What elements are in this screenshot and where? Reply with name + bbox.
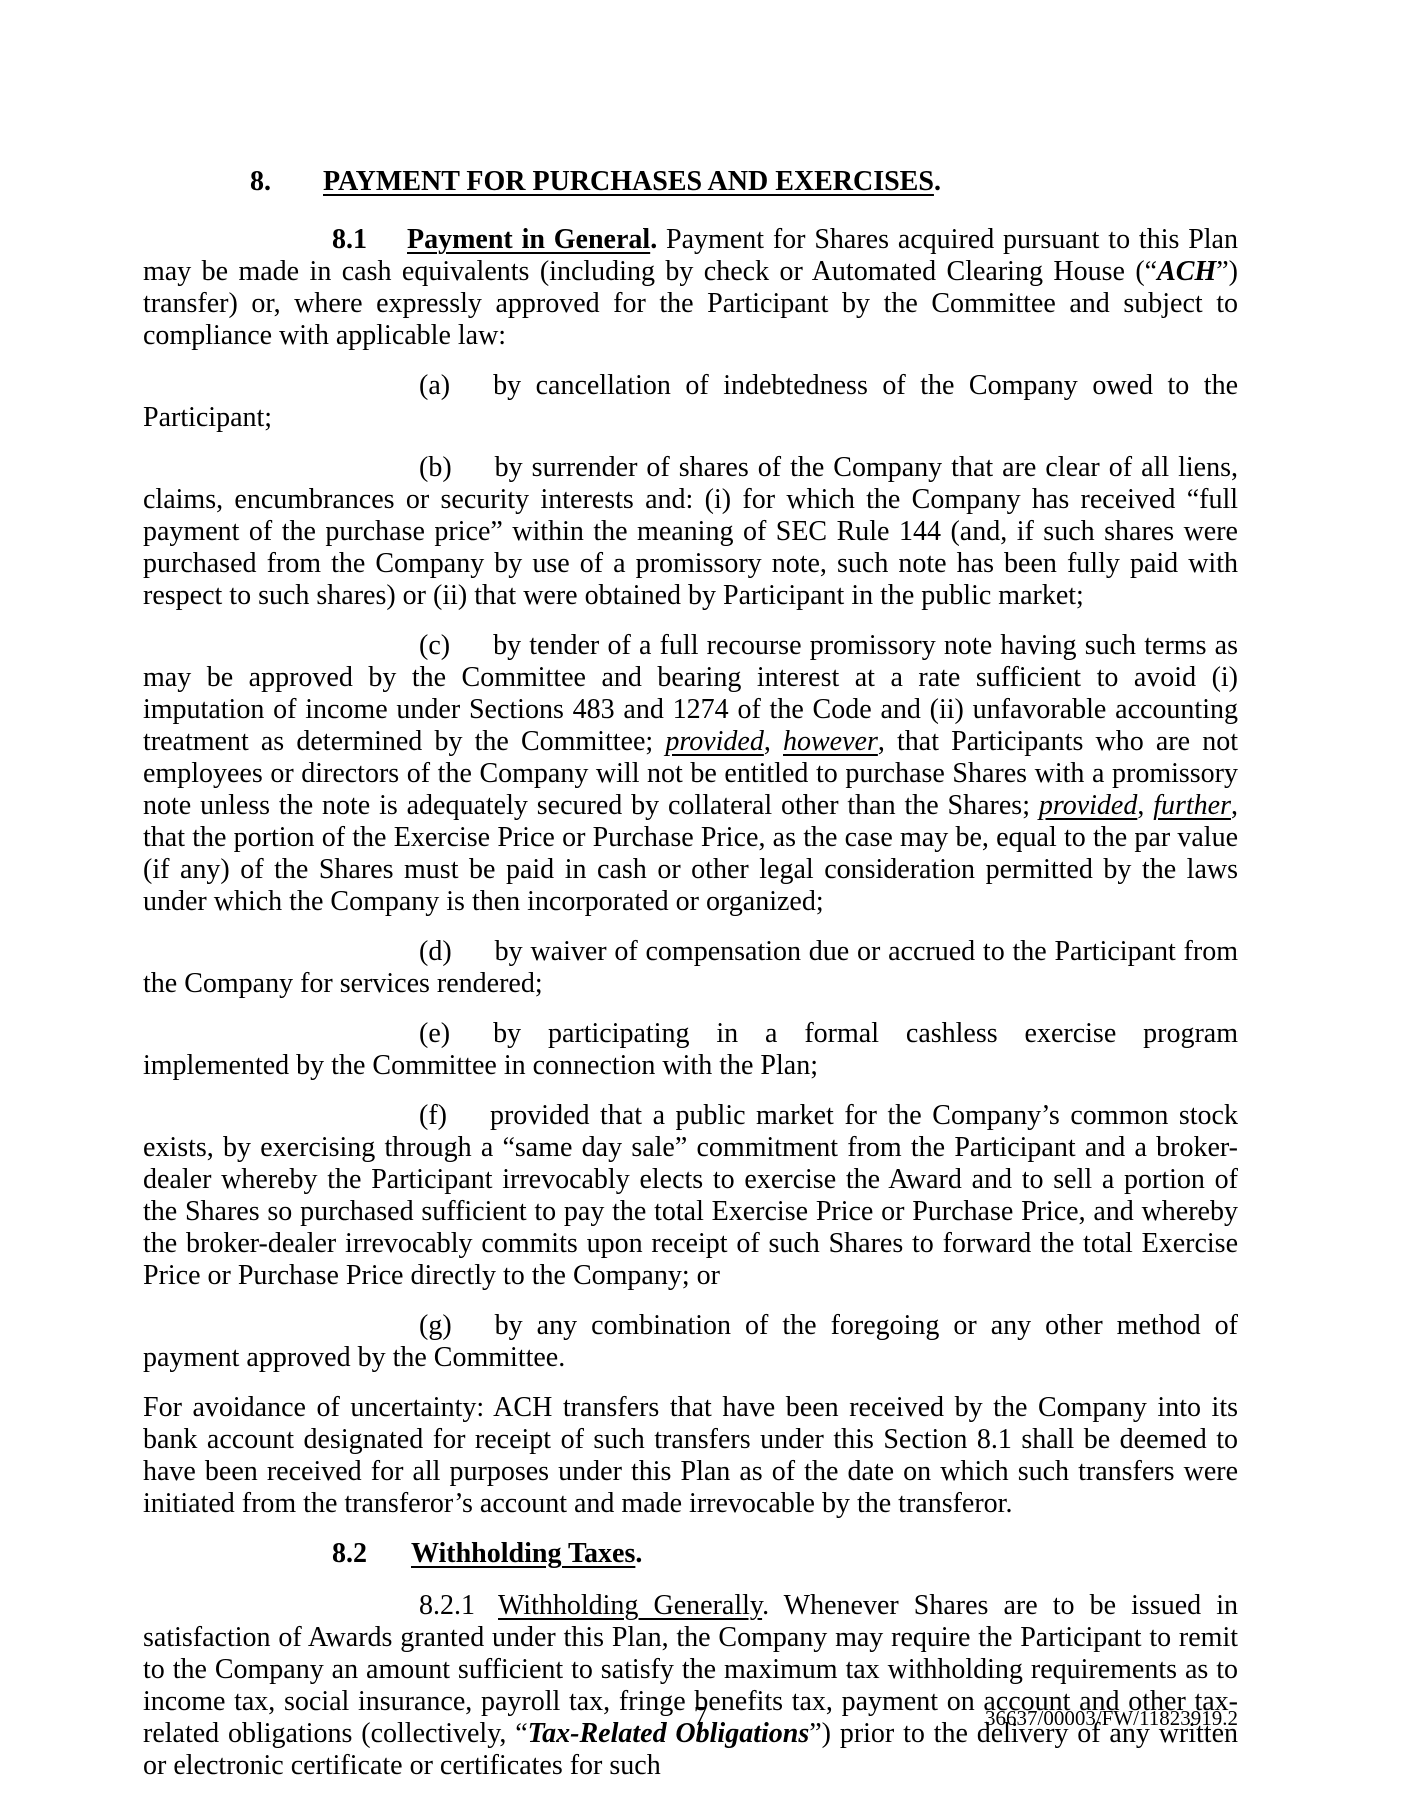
tab-spacer <box>450 1041 493 1042</box>
item-d: (d)by waiver of compensation due or accr… <box>143 936 1238 1000</box>
tab-spacer <box>452 1333 495 1334</box>
text-segment: by cancellation of indebtedness of the C… <box>143 370 1238 433</box>
paragraph-number: (d) <box>419 936 452 967</box>
text-segment: ACH <box>1157 256 1216 287</box>
footer-doc-number: 36637/00003/FW/11823919.2 <box>985 1706 1238 1730</box>
paragraph-number: 8.2 <box>332 1538 367 1569</box>
paragraph-number: 8. <box>250 166 271 197</box>
tab-spacer <box>452 475 495 476</box>
text-segment: by participating in a formal cashless ex… <box>143 1018 1238 1081</box>
item-f: (f)provided that a public market for the… <box>143 1100 1238 1292</box>
text-segment: by any combination of the foregoing or a… <box>143 1310 1238 1373</box>
tab-spacer <box>367 247 407 248</box>
tab-spacer <box>450 393 493 394</box>
section-8-heading: 8.PAYMENT FOR PURCHASES AND EXERCISES. <box>143 166 1238 198</box>
tab-spacer <box>271 189 323 190</box>
tab-spacer <box>475 1613 498 1614</box>
item-b: (b)by surrender of shares of the Company… <box>143 452 1238 612</box>
text-segment: . <box>934 166 941 197</box>
text-segment: Payment for Shares acquired pursuant to … <box>143 224 1238 287</box>
text-segment: provided <box>1039 790 1138 821</box>
paragraph-number: (f) <box>419 1100 447 1131</box>
text-segment: Withholding Generally <box>498 1590 762 1621</box>
para-ach-avoidance: For avoidance of uncertainty: ACH transf… <box>143 1392 1238 1520</box>
paragraph-number: 8.1 <box>332 224 367 255</box>
text-segment: . <box>635 1538 642 1569</box>
text-segment: further <box>1153 790 1231 821</box>
text-segment: Payment in General <box>407 224 650 255</box>
item-e: (e)by participating in a formal cashless… <box>143 1018 1238 1082</box>
paragraph-number: (e) <box>419 1018 450 1049</box>
item-c: (c)by tender of a full recourse promisso… <box>143 630 1238 918</box>
text-segment: by surrender of shares of the Company th… <box>143 452 1238 611</box>
paragraph-number: (g) <box>419 1310 452 1341</box>
text-segment: . <box>762 1590 784 1621</box>
text-segment: provided that a public market for the Co… <box>143 1100 1238 1291</box>
document-page: 8.PAYMENT FOR PURCHASES AND EXERCISES.8.… <box>0 0 1401 1812</box>
text-segment: Withholding Taxes <box>411 1538 635 1569</box>
item-g: (g)by any combination of the foregoing o… <box>143 1310 1238 1374</box>
paragraph-number: 8.2.1 <box>419 1590 475 1621</box>
tab-spacer <box>450 653 493 654</box>
text-segment: . <box>650 224 666 255</box>
text-segment: For avoidance of uncertainty: ACH transf… <box>143 1392 1238 1519</box>
paragraph-number: (c) <box>419 630 450 661</box>
text-segment: PAYMENT FOR PURCHASES AND EXERCISES <box>323 166 934 197</box>
paragraph-number: (a) <box>419 370 450 401</box>
text-segment: however <box>783 726 878 757</box>
text-segment: by waiver of compensation due or accrued… <box>143 936 1238 999</box>
document-body: 8.PAYMENT FOR PURCHASES AND EXERCISES.8.… <box>143 166 1238 1800</box>
text-segment: provided <box>665 726 764 757</box>
paragraph-number: (b) <box>419 452 452 483</box>
para-8-2-1: 8.2.1Withholding Generally. Whenever Sha… <box>143 1590 1238 1782</box>
tab-spacer <box>452 959 495 960</box>
tab-spacer <box>367 1561 411 1562</box>
section-8-2-heading: 8.2Withholding Taxes. <box>143 1538 1238 1570</box>
text-segment: , <box>764 726 783 757</box>
item-a: (a)by cancellation of indebtedness of th… <box>143 370 1238 434</box>
text-segment: , <box>1137 790 1153 821</box>
tab-spacer <box>447 1123 490 1124</box>
para-8-1: 8.1Payment in General. Payment for Share… <box>143 224 1238 352</box>
